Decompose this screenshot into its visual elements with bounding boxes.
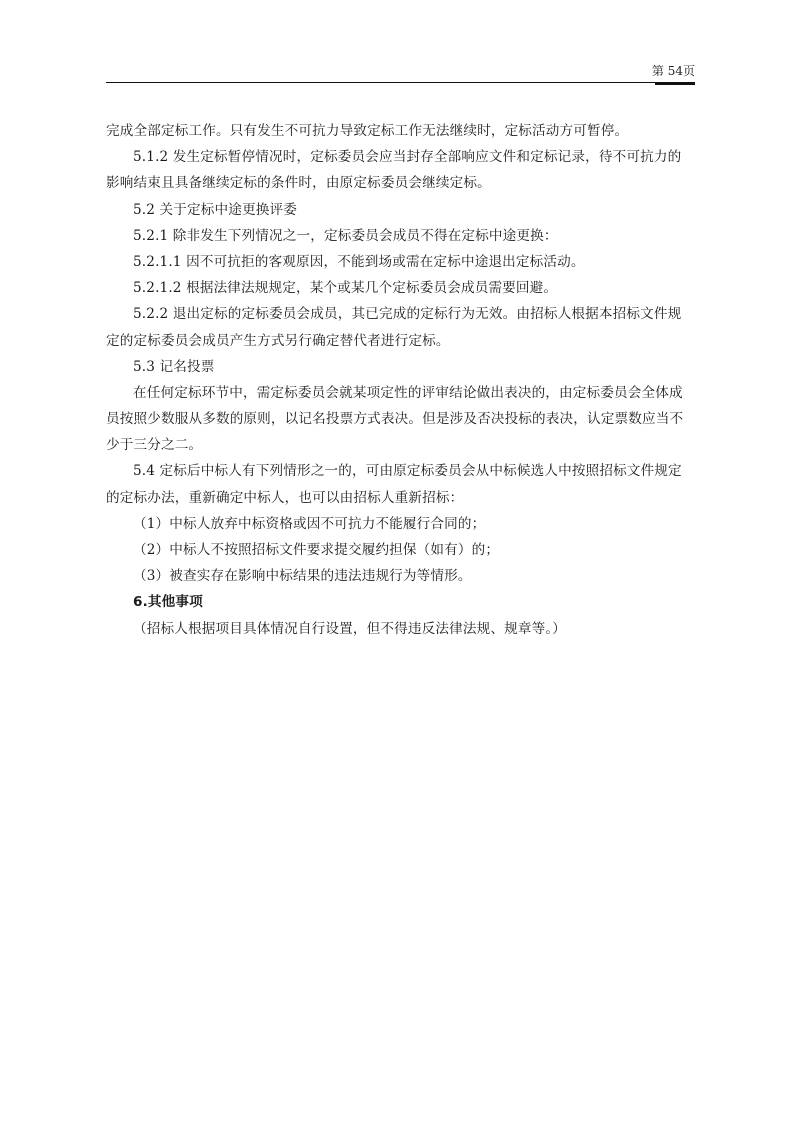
paragraph-line: 影响结束且具备继续定标的条件时，由原定标委员会继续定标。 — [106, 170, 696, 196]
paragraph-line: 5.2.1 除非发生下列情况之一，定标委员会成员不得在定标中途更换： — [106, 223, 696, 249]
paragraph-line: 在任何定标环节中，需定标委员会就某项定性的评审结论做出表决的，由定标委员会全体成 — [106, 380, 696, 406]
paragraph-line: （招标人根据项目具体情况自行设置，但不得违反法律法规、规章等。） — [106, 616, 696, 642]
list-item: （1）中标人放弃中标资格或因不可抗力不能履行合同的； — [106, 511, 696, 537]
document-body: 完成全部定标工作。只有发生不可抗力导致定标工作无法继续时，定标活动方可暂停。 5… — [106, 118, 696, 642]
paragraph-line: 完成全部定标工作。只有发生不可抗力导致定标工作无法继续时，定标活动方可暂停。 — [106, 118, 696, 144]
paragraph-line: 员按照少数服从多数的原则，以记名投票方式表决。但是涉及否决投标的表决，认定票数应… — [106, 406, 696, 432]
paragraph-line: 少于三分之二。 — [106, 432, 696, 458]
paragraph-line: 5.4 定标后中标人有下列情形之一的，可由原定标委员会从中标候选人中按照招标文件… — [106, 458, 696, 484]
section-heading: 5.3 记名投票 — [106, 354, 696, 380]
paragraph-line: 5.2.1.2 根据法律法规规定，某个或某几个定标委员会成员需要回避。 — [106, 275, 696, 301]
paragraph-line: 的定标办法，重新确定中标人，也可以由招标人重新招标： — [106, 485, 696, 511]
paragraph-line: 5.1.2 发生定标暂停情况时，定标委员会应当封存全部响应文件和定标记录，待不可… — [106, 144, 696, 170]
page-number: 第 54页 — [652, 62, 695, 79]
section-heading: 5.2 关于定标中途更换评委 — [106, 197, 696, 223]
list-item: （3）被查实存在影响中标结果的违法违规行为等情形。 — [106, 563, 696, 589]
list-item: （2）中标人不按照招标文件要求提交履约担保（如有）的； — [106, 537, 696, 563]
paragraph-line: 5.2.2 退出定标的定标委员会成员，其已完成的定标行为无效。由招标人根据本招标… — [106, 301, 696, 327]
paragraph-line: 5.2.1.1 因不可抗拒的客观原因，不能到场或需在定标中途退出定标活动。 — [106, 249, 696, 275]
page-header: 第 54页 — [106, 60, 695, 83]
section-heading-bold: 6.其他事项 — [106, 589, 696, 615]
header-rule-accent — [655, 83, 695, 85]
paragraph-line: 定的定标委员会成员产生方式另行确定替代者进行定标。 — [106, 328, 696, 354]
